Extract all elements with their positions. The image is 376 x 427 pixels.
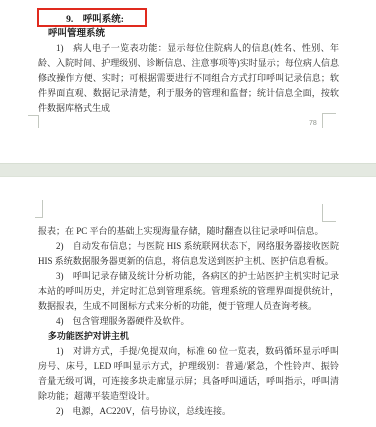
page-number: 78	[309, 120, 317, 127]
paragraph-auto-publish-info: 2) 自动发布信息；与医院 HIS 系统联网状态下，网络服务器接收医院 HIS …	[38, 239, 339, 269]
margin-corner-mark-bottom-right	[322, 113, 336, 128]
margin-corner-mark-top-right	[322, 204, 336, 222]
red-annotation-box: 9. 呼叫系统:	[37, 8, 147, 27]
page-separator-band	[0, 163, 376, 177]
paragraph-server-hardware-software: 4) 包含管理服务器硬件及软件。	[38, 314, 339, 329]
page2-text-block: 报表；在 PC 平台的基础上实现海量存储，随时翻查以往记录呼叫信息。 2) 自动…	[38, 224, 339, 419]
paragraph-report-continuation: 报表；在 PC 平台的基础上实现海量存储，随时翻查以往记录呼叫信息。	[38, 224, 339, 239]
margin-corner-mark-bottom-left	[28, 115, 39, 128]
subheading-multifunction-intercom-host: 多功能医护对讲主机	[38, 329, 339, 344]
paragraph-patient-list-function: 1) 病人电子一览表功能：显示每位住院病人的信息(姓名、性别、年龄、入院时间、护…	[38, 41, 339, 116]
section-heading-call-management: 呼叫管理系统	[48, 28, 105, 41]
numbered-heading: 9. 呼叫系统:	[66, 11, 124, 25]
paragraph-call-record-statistics: 3) 呼叫记录存储及统计分析功能，各病区的护士站医护主机实时记录本站的呼叫历史，…	[38, 269, 339, 314]
paragraph-intercom-mode: 1) 对讲方式，手提/免提双向，标准 60 位一览表，数码循环显示呼叫房号、床号…	[38, 344, 339, 404]
margin-corner-mark-top-left	[35, 200, 43, 218]
document-page-view: 9. 呼叫系统: 呼叫管理系统 1) 病人电子一览表功能：显示每位住院病人的信息…	[0, 0, 376, 427]
paragraph-power-supply: 2) 电源，AC220V，信号协议，总线连接。	[38, 404, 339, 419]
